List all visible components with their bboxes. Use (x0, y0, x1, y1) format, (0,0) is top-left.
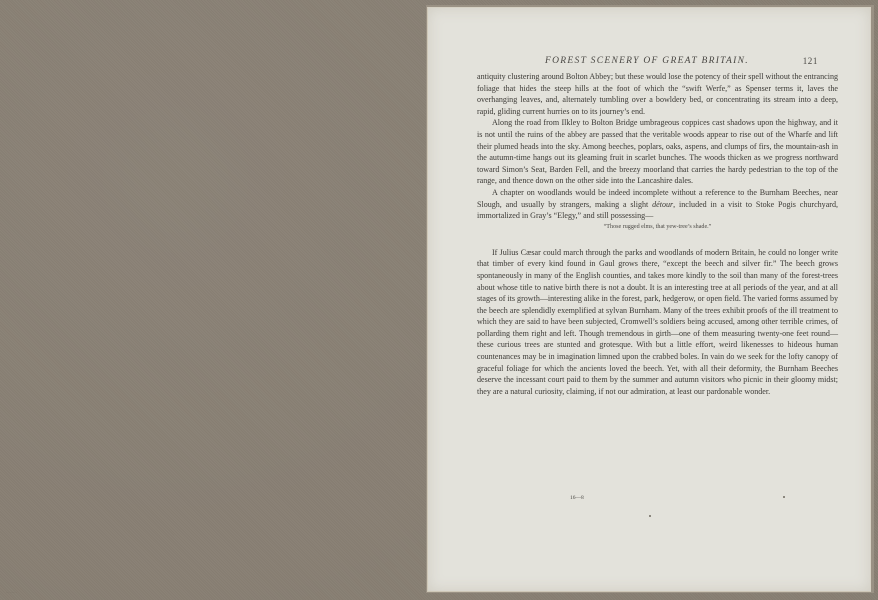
book-page: FOREST SCENERY OF GREAT BRITAIN. 121 ant… (427, 7, 871, 592)
verse-quotation: “Those rugged elms, that yew-tree’s shad… (477, 223, 838, 231)
board-mark: ········· (6, 591, 17, 595)
running-title: FOREST SCENERY OF GREAT BRITAIN. (476, 56, 818, 66)
running-head: FOREST SCENERY OF GREAT BRITAIN. 121 (476, 56, 818, 68)
signature-mark: 16—8 (570, 495, 584, 501)
paragraph-1: antiquity clustering around Bolton Abbey… (477, 71, 838, 117)
paragraph-2: Along the road from Ilkley to Bolton Bri… (477, 117, 838, 187)
page-number: 121 (803, 56, 818, 66)
paper-speck (649, 515, 651, 517)
paragraph-3-italic: détour (652, 200, 673, 209)
paragraph-4: If Julius Cæsar could march through the … (477, 247, 838, 398)
body-text: antiquity clustering around Bolton Abbey… (477, 71, 838, 397)
paper-speck (783, 496, 785, 498)
paragraph-3: A chapter on woodlands would be indeed i… (477, 187, 838, 222)
